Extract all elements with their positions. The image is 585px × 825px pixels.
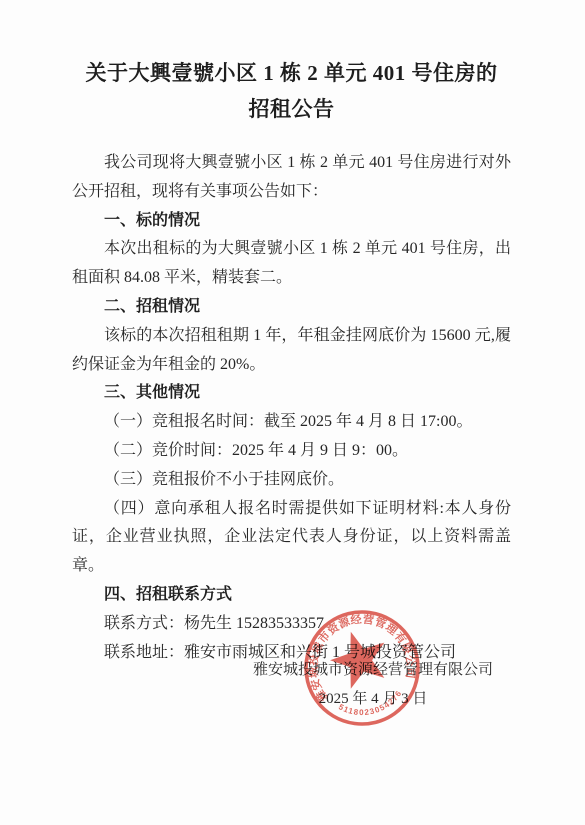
contact-phone-line: 联系方式：杨先生 15283533357	[72, 610, 511, 639]
intro-paragraph: 我公司现将大興壹號小区 1 栋 2 单元 401 号住房进行对外公开招租，现将有…	[72, 149, 511, 207]
signature-date: 2025 年 4 月 3 日	[240, 685, 506, 714]
page-title-line2: 招租公告	[72, 91, 511, 127]
section-4-heading: 四、招租联系方式	[72, 581, 511, 610]
document-page: 关于大興壹號小区 1 栋 2 单元 401 号住房的 招租公告 我公司现将大興壹…	[0, 0, 585, 825]
page-title: 关于大興壹號小区 1 栋 2 单元 401 号住房的 招租公告	[72, 55, 511, 127]
section-3-item-2: （二）竞价时间：2025 年 4 月 9 日 9：00。	[72, 437, 511, 466]
document-content: 关于大興壹號小区 1 栋 2 单元 401 号住房的 招租公告 我公司现将大興壹…	[72, 55, 511, 667]
page-title-line1: 关于大興壹號小区 1 栋 2 单元 401 号住房的	[72, 55, 511, 91]
section-3-item-4: （四）意向承租人报名时需提供如下证明材料:本人身份证，企业营业执照，企业法定代表…	[72, 495, 511, 581]
section-1-heading: 一、标的情况	[72, 207, 511, 236]
section-3-item-3: （三）竞租报价不小于挂网底价。	[72, 466, 511, 495]
section-3-item-1: （一）竞租报名时间：截至 2025 年 4 月 8 日 17:00。	[72, 408, 511, 437]
signature-company: 雅安城投城市资源经营管理有限公司	[240, 656, 506, 685]
section-3-heading: 三、其他情况	[72, 379, 511, 408]
section-2-paragraph: 该标的本次招租租期 1 年，年租金挂网底价为 15600 元,履约保证金为年租金…	[72, 322, 511, 380]
section-1-paragraph: 本次出租标的为大興壹號小区 1 栋 2 单元 401 号住房，出租面积 84.0…	[72, 235, 511, 293]
section-2-heading: 二、招租情况	[72, 293, 511, 322]
signature-block: 雅安城投城市资源经营管理有限公司 2025 年 4 月 3 日	[240, 656, 506, 714]
document-body: 我公司现将大興壹號小区 1 栋 2 单元 401 号住房进行对外公开招租，现将有…	[72, 149, 511, 667]
